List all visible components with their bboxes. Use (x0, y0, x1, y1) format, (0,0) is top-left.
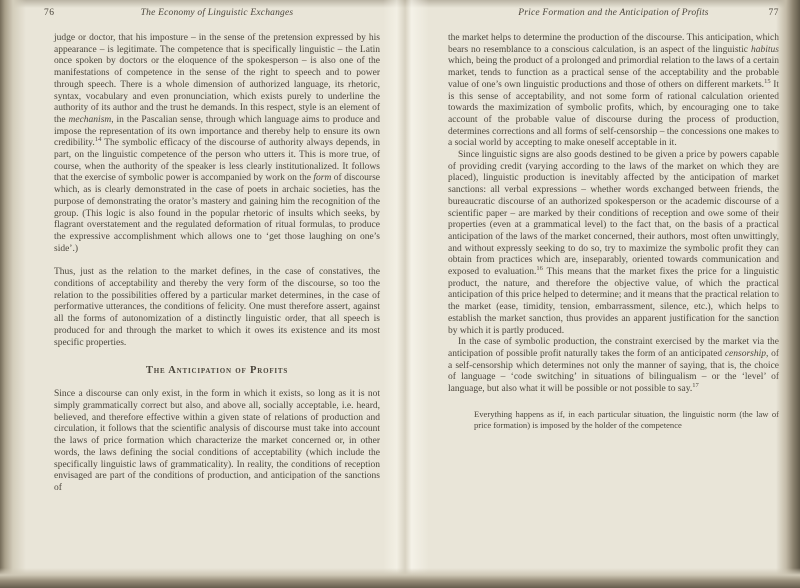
section-heading: The Anticipation of Profits (54, 365, 380, 376)
text-column-right: the market helps to determine the produc… (448, 33, 779, 431)
scan-edge-left (0, 0, 26, 588)
scan-edge-bottom (0, 568, 800, 588)
scan-edge-right (776, 0, 800, 588)
paragraph: In the case of symbolic production, the … (448, 337, 779, 396)
paragraph: the market helps to determine the produc… (448, 33, 779, 150)
text-column-left: judge or doctor, that his imposture – in… (42, 33, 380, 495)
running-head-right: Price Formation and the Anticipation of … (448, 8, 779, 23)
page-number-left: 76 (44, 8, 55, 18)
running-head-left: 76 The Economy of Linguistic Exchanges (42, 8, 392, 23)
paragraph: judge or doctor, that his imposture – in… (54, 33, 380, 255)
paragraph: Since linguistic signs are also goods de… (448, 150, 779, 337)
running-head-title-left: The Economy of Linguistic Exchanges (42, 8, 392, 18)
paragraph: Thus, just as the relation to the market… (54, 267, 380, 349)
page-left: 76 The Economy of Linguistic Exchanges j… (42, 8, 392, 495)
block-quote: Everything happens as if, in each partic… (474, 409, 779, 431)
paragraph: Since a discourse can only exist, in the… (54, 389, 380, 494)
page-right: Price Formation and the Anticipation of … (448, 8, 779, 431)
book-spread: 76 The Economy of Linguistic Exchanges j… (0, 0, 800, 588)
running-head-title-right: Price Formation and the Anticipation of … (448, 8, 779, 18)
